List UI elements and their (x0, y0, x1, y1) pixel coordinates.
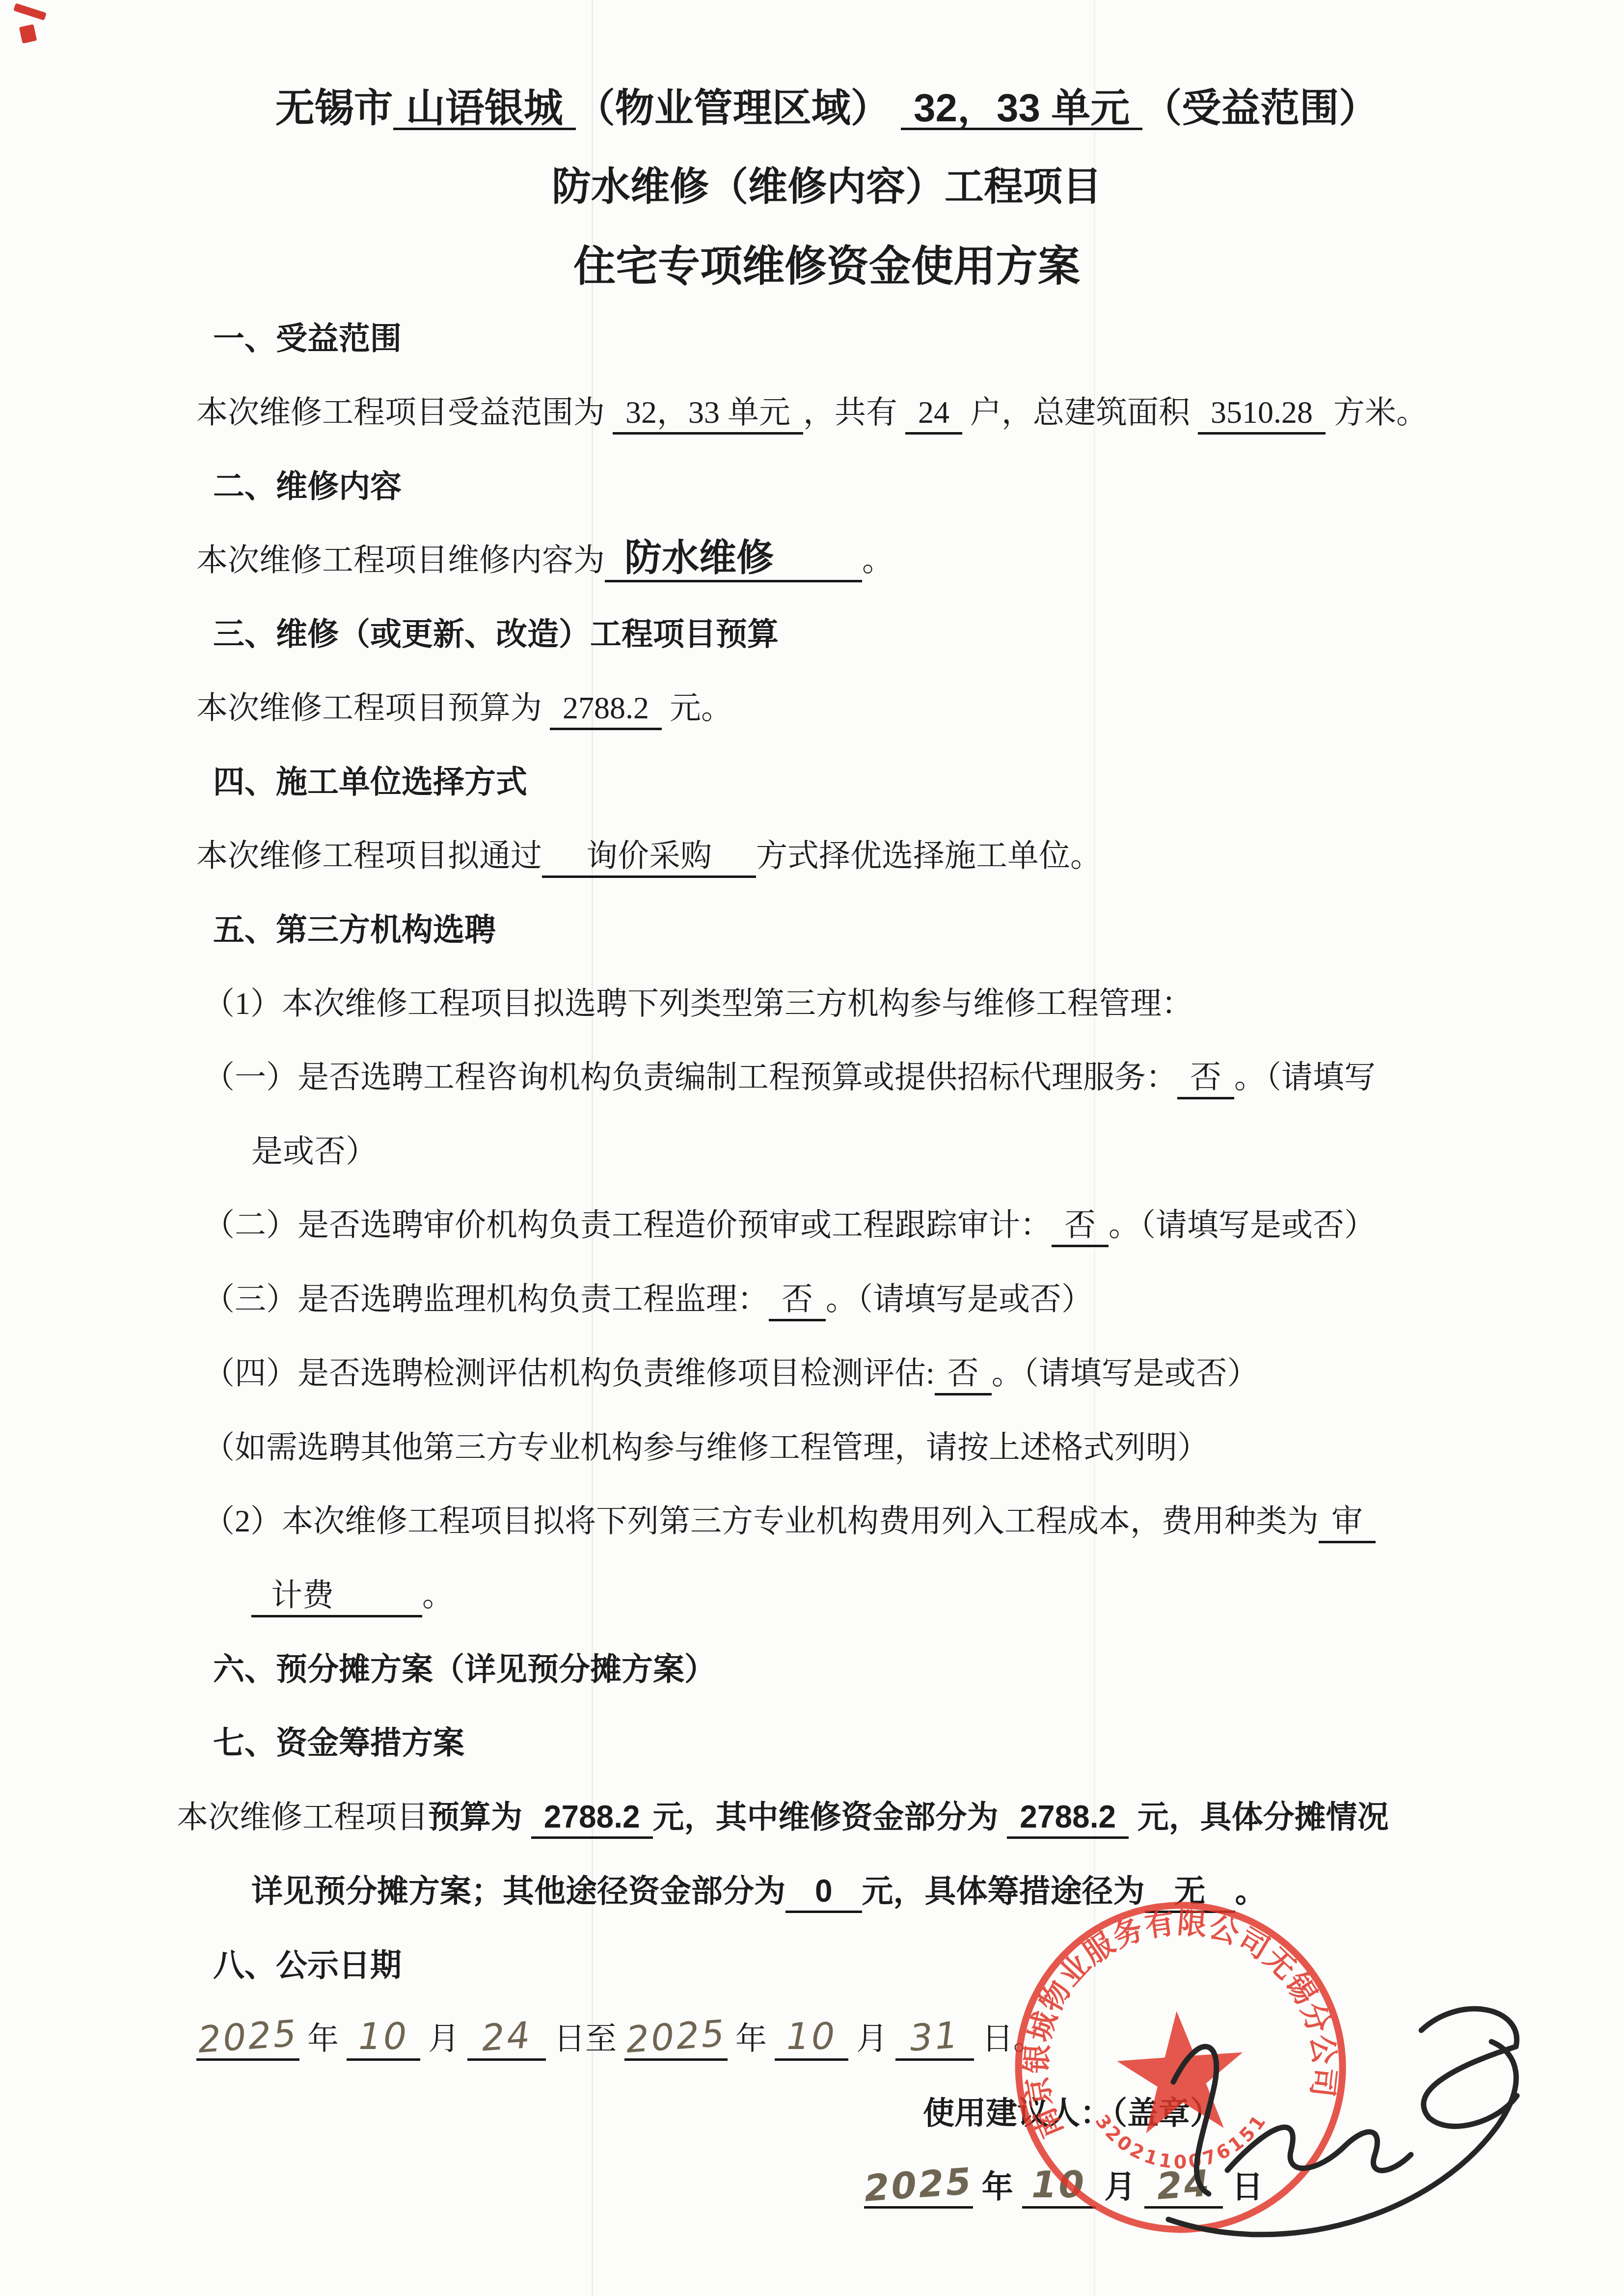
answer-2-value: 否 (1064, 1207, 1096, 1242)
text-run: 。（请填写是或否） (992, 1356, 1259, 1391)
area-fill: 3510.28 (1198, 393, 1326, 435)
units-value: 32，33 单元 (625, 395, 790, 430)
budget-fill: 2788.2 (550, 688, 662, 730)
method-value: 询价采购 (586, 838, 712, 873)
text-run: 本次维修工程项目 (177, 1800, 428, 1834)
text-run: （二）是否选聘审价机构负责工程造价预审或工程跟踪审计： (203, 1207, 1052, 1242)
fee-type-value: 计费 (271, 1578, 334, 1613)
section-7-line-1: 本次维修工程项目预算为 2788.2元，其中维修资金部分为 2788.2 元，具… (177, 1795, 1457, 1839)
answer-1-value: 否 (1190, 1060, 1221, 1094)
budget-value: 2788.2 (544, 1799, 640, 1834)
title-area-label: （物业管理区域） (576, 86, 890, 130)
section-3-body: 本次维修工程项目预算为 2788.2 元。 (196, 686, 1457, 730)
text-run: 。（请填写是或否） (826, 1282, 1093, 1316)
section-1-heading: 一、受益范围 (196, 317, 1457, 360)
to-label: 日至 (554, 2021, 617, 2056)
end-day-blank: 31 (895, 2017, 974, 2061)
method-fill: 询价采购 (542, 836, 756, 878)
month-label: 月 (428, 2021, 460, 2056)
section-5-item-4: （四）是否选聘检测评估机构负责维修项目检测评估:否。（请填写是或否） (196, 1352, 1457, 1395)
sign-year-blank: 2025 (864, 2165, 973, 2209)
start-day-blank: 24 (467, 2017, 546, 2061)
households-fill: 24 (905, 393, 962, 435)
section-2-heading: 二、维修内容 (196, 465, 1457, 508)
section-5-item-2: （二）是否选聘审价机构负责工程造价预审或工程跟踪审计：否。（请填写是或否） (196, 1203, 1457, 1247)
section-5-item-1: （一）是否选聘工程咨询机构负责编制工程预算或提供招标代理服务：否。（请填写 (196, 1056, 1457, 1099)
answer-2-fill: 否 (1052, 1205, 1109, 1247)
repair-content-value: 防水维修 (624, 537, 774, 579)
answer-3-fill: 否 (769, 1280, 826, 1321)
section-5-note: （如需选聘其他第三方专业机构参与维修工程管理，请按上述格式列明） (196, 1426, 1457, 1469)
units-blank: 32，33 单元 (901, 88, 1142, 130)
section-7-heading: 七、资金筹措方案 (196, 1722, 1457, 1765)
section-4-body: 本次维修工程项目拟通过询价采购方式择优选择施工单位。 (196, 834, 1457, 878)
answer-4-value: 否 (947, 1356, 979, 1391)
text-run: （2）本次维修工程项目拟将下列第三方专业机构费用列入工程成本，费用种类为 (203, 1503, 1319, 1538)
text-run: ，共有 (803, 395, 905, 430)
text-run: 。（请填写 (1234, 1060, 1376, 1094)
handwritten-signature (1154, 1964, 1556, 2239)
title-line-3: 住宅专项维修资金使用方案 (196, 241, 1457, 293)
end-year-handwritten: 2025 (624, 2014, 727, 2060)
text-run: 。（请填写是或否） (1109, 1207, 1376, 1242)
text-run: 方米。 (1326, 395, 1428, 430)
month-label: 月 (856, 2021, 888, 2056)
text-run: 方式择优选择施工单位。 (756, 838, 1102, 873)
section-5-p2-cont: 计费。 (196, 1574, 1457, 1617)
text-run: 本次维修工程项目受益范围为 (196, 395, 613, 430)
other-funds-value: 0 (815, 1873, 833, 1909)
fund-fill: 2788.2 (1007, 1797, 1129, 1839)
section-6-heading: 六、预分摊方案（详见预分摊方案） (196, 1648, 1457, 1691)
area-value: 3510.28 (1211, 395, 1313, 430)
end-day-handwritten: 31 (908, 2016, 961, 2058)
answer-4-fill: 否 (935, 1354, 992, 1395)
units-value: 32，33 单元 (914, 86, 1130, 130)
start-year-handwritten: 2025 (196, 2014, 299, 2060)
estate-name: 山语银城 (406, 86, 563, 130)
text-run: 。 (422, 1578, 454, 1613)
other-funds-fill: 0 (785, 1871, 862, 1913)
start-month-blank: 10 (347, 2017, 420, 2061)
title-city: 无锡市 (275, 86, 393, 130)
fee-type-value: 审 (1331, 1503, 1363, 1538)
answer-1-fill: 否 (1177, 1058, 1234, 1099)
text-run: 元。 (662, 690, 732, 725)
budget-fill-2: 2788.2 (531, 1797, 653, 1839)
text-run: （三）是否选聘监理机构负责工程监理： (203, 1282, 769, 1316)
fund-value: 2788.2 (1020, 1799, 1116, 1834)
start-year-blank: 2025 (196, 2017, 299, 2061)
start-day-handwritten: 24 (480, 2016, 533, 2058)
sign-year-handwritten: 2025 (863, 2161, 974, 2208)
document-page: 无锡市山语银城（物业管理区域） 32，33 单元（受益范围） 防水维修（维修内容… (0, 0, 1624, 2296)
text-run: 本次维修工程项目预算为 (196, 690, 550, 725)
fee-type-fill-2: 计费 (251, 1576, 422, 1617)
text-run: 元，具体分摊情况 (1129, 1799, 1389, 1834)
year-label: 年 (735, 2021, 767, 2056)
end-month-blank: 10 (775, 2017, 848, 2061)
units-fill: 32，33 单元 (613, 393, 803, 435)
text-run: 本次维修工程项目维修内容为 (196, 543, 605, 577)
section-2-body: 本次维修工程项目维修内容为防水维修。 (196, 539, 1457, 582)
repair-content-fill: 防水维修 (605, 539, 862, 582)
repair-content-title: 防水维修 (552, 164, 709, 208)
text-run: 。 (862, 543, 893, 577)
budget-value: 2788.2 (563, 690, 649, 725)
section-1-body: 本次维修工程项目受益范围为 32，33 单元，共有 24 户，总建筑面积 351… (196, 391, 1457, 435)
section-5-p1: （1）本次维修工程项目拟选聘下列类型第三方机构参与维修工程管理： (196, 982, 1457, 1025)
text-run: 预算为 (428, 1799, 531, 1834)
end-year-blank: 2025 (624, 2017, 728, 2061)
text-run: （四）是否选聘检测评估机构负责维修项目检测评估: (203, 1356, 935, 1391)
text-run: 本次维修工程项目拟通过 (196, 838, 542, 873)
households-value: 24 (918, 395, 949, 430)
text-run: 户，总建筑面积 (962, 395, 1198, 430)
year-label: 年 (307, 2021, 339, 2056)
fee-type-fill-1: 审 (1319, 1502, 1376, 1543)
text-run: 元，其中维修资金部分为 (653, 1799, 1007, 1834)
section-5-p2: （2）本次维修工程项目拟将下列第三方专业机构费用列入工程成本，费用种类为审 (196, 1500, 1457, 1543)
section-3-heading: 三、维修（或更新、改造）工程项目预算 (196, 613, 1457, 656)
answer-3-value: 否 (782, 1282, 813, 1316)
title-scope-label: （受益范围） (1142, 86, 1378, 130)
title-line-1: 无锡市山语银城（物业管理区域） 32，33 单元（受益范围） (196, 83, 1457, 133)
title-project-label: （维修内容）工程项目 (709, 164, 1102, 208)
end-month-handwritten: 10 (786, 2016, 837, 2058)
text-run: （一）是否选聘工程咨询机构负责编制工程预算或提供招标代理服务： (203, 1060, 1177, 1094)
section-4-heading: 四、施工单位选择方式 (196, 761, 1457, 804)
estate-name-blank: 山语银城 (393, 88, 576, 130)
section-5-item-1-cont: 是或否） (196, 1130, 1457, 1173)
section-5-heading: 五、第三方机构选聘 (196, 908, 1457, 952)
section-5-item-3: （三）是否选聘监理机构负责工程监理：否。（请填写是或否） (196, 1278, 1457, 1321)
start-month-handwritten: 10 (358, 2016, 408, 2058)
title-line-2: 防水维修（维修内容）工程项目 (196, 162, 1457, 211)
text-run: 详见预分摊方案；其他途径资金部分为 (251, 1873, 785, 1909)
